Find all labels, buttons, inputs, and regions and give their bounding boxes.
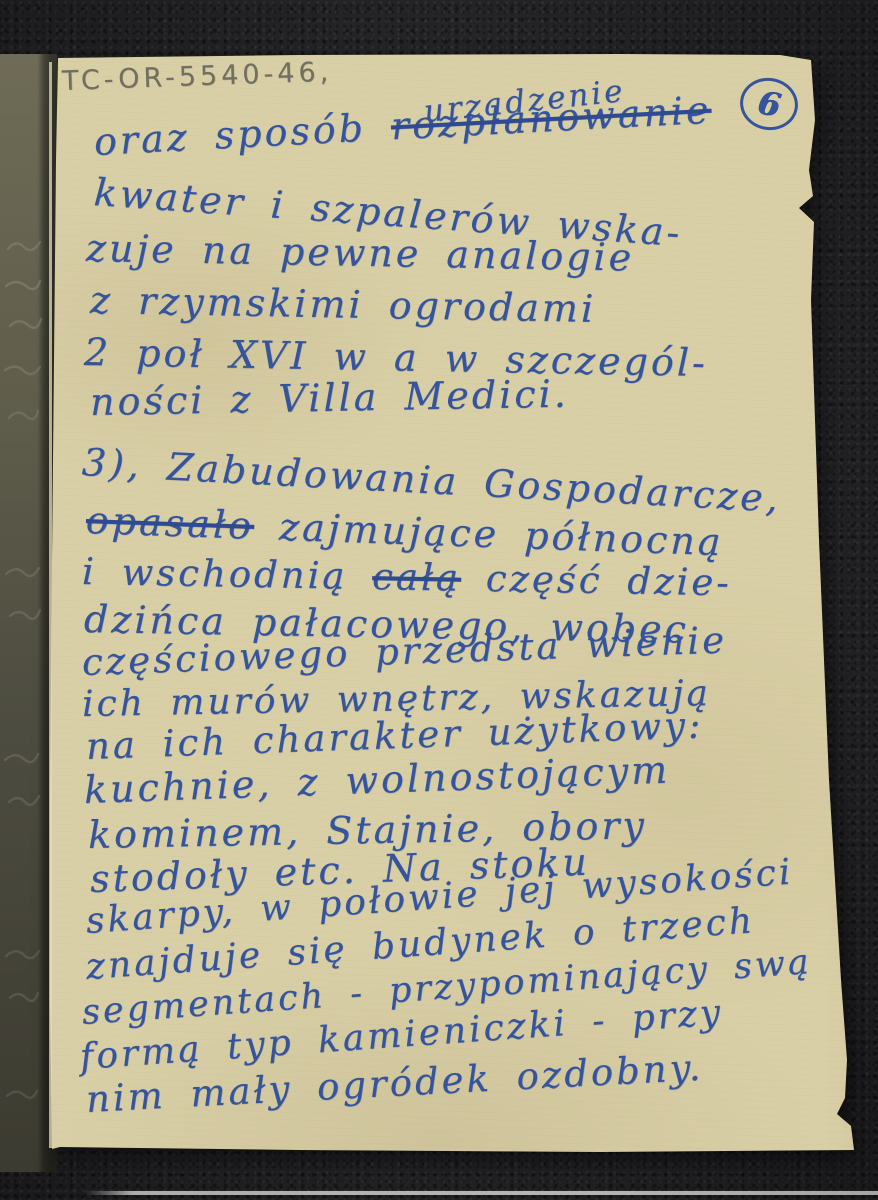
line-text: i wschodnią xyxy=(82,550,373,598)
surface-edge-highlight xyxy=(85,1191,878,1195)
handwritten-line: ności z Villa Medici. xyxy=(90,372,570,424)
line-text: część dzie- xyxy=(461,557,732,605)
line-text: z rzymskimi ogrodami xyxy=(90,278,597,331)
struck-text: całą xyxy=(372,555,462,600)
page-number-text: 6 xyxy=(755,83,784,124)
line-text: ności z Villa Medici. xyxy=(90,372,570,424)
handwritten-line: z rzymskimi ogrodami xyxy=(90,278,597,331)
scanned-manuscript-page: TC-OR-5540-46, 6 urządzenie oraz sposób … xyxy=(0,0,878,1200)
struck-text: opasało xyxy=(85,498,255,548)
paper-edge-highlight xyxy=(49,62,52,1148)
